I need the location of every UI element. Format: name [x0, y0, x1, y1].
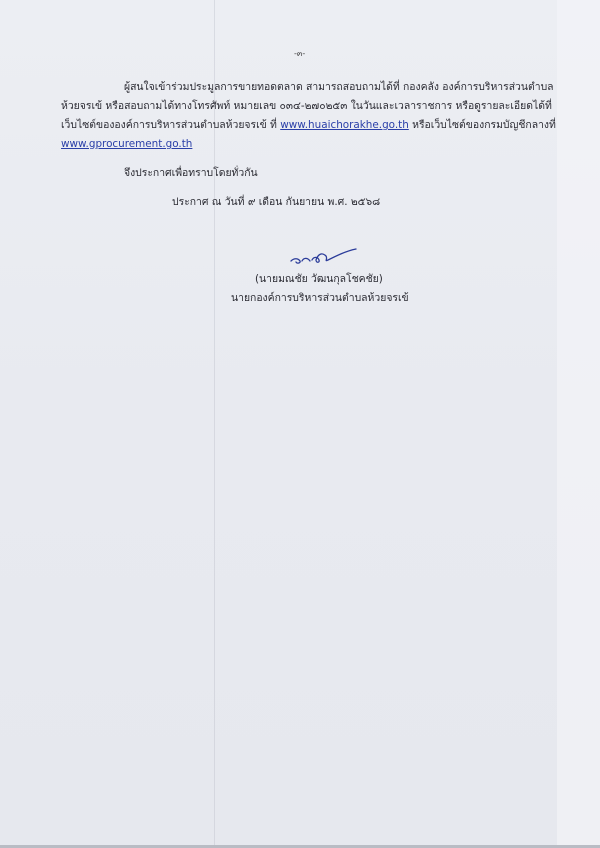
paragraph-line-3-suffix: หรือเว็บไซต์ของกรมบัญชีกลางที่ — [409, 119, 556, 131]
paragraph-line-3-prefix: เว็บไซต์ขององค์การบริหารส่วนตำบลห้วยจรเข… — [61, 119, 280, 131]
paragraph-line-3: เว็บไซต์ขององค์การบริหารส่วนตำบลห้วยจรเข… — [61, 118, 556, 132]
website-link-gprocurement[interactable]: www.gprocurement.go.th — [61, 138, 192, 150]
website-link-huaichorakhe[interactable]: www.huaichorakhe.go.th — [280, 119, 409, 131]
paragraph-line-1: ผู้สนใจเข้าร่วมประมูลการขายทอดตลาด สามาร… — [124, 80, 554, 94]
announcement-text: จึงประกาศเพื่อทราบโดยทั่วกัน — [124, 166, 258, 180]
signer-title: นายกองค์การบริหารส่วนตำบลห้วยจรเข้ — [231, 291, 409, 305]
signature-image — [288, 246, 358, 268]
paragraph-line-2: ห้วยจรเข้ หรือสอบถามได้ทางโทรศัพท์ หมายเ… — [61, 99, 552, 113]
signer-name: (นายมณชัย วัฒนกุลโชคชัย) — [255, 272, 383, 286]
paragraph-line-4: www.gprocurement.go.th — [61, 137, 192, 151]
scanned-page: -๓- ผู้สนใจเข้าร่วมประมูลการขายทอดตลาด ส… — [0, 0, 600, 846]
announcement-date: ประกาศ ณ วันที่ ๙ เดือน กันยายน พ.ศ. ๒๕๖… — [172, 195, 380, 209]
page-number: -๓- — [294, 47, 305, 60]
page-right-margin-shade — [557, 0, 600, 846]
